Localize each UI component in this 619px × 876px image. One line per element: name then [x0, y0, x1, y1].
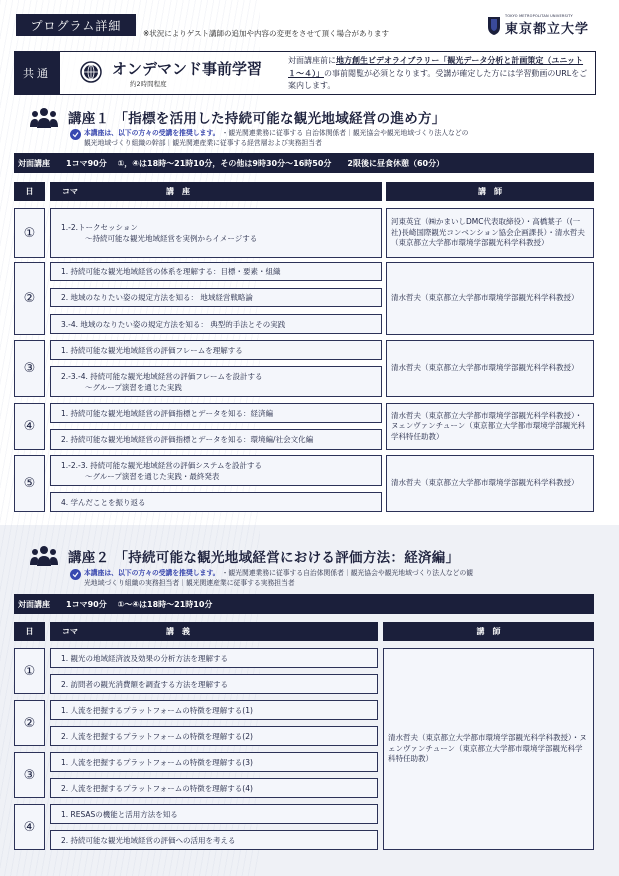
th-koma-label: コマ — [62, 626, 78, 637]
c1-d2-teacher: 清水哲夫（東京都立大学都市環境学部観光科学科教授） — [386, 262, 594, 335]
shield-icon — [487, 16, 501, 36]
program-detail-label: プログラム詳細 — [16, 14, 136, 36]
c1-day-3: ③ — [14, 340, 45, 397]
c1-day-4: ④ — [14, 403, 45, 450]
c2-d1-lecture-2: 2. 訪問者の観光消費額を調査する方法を理解する — [50, 674, 378, 694]
c1-d1-lecture-1: 1.-2.トークセッション～持続可能な観光地域経営を実例からイメージする — [50, 208, 382, 258]
course1-schedule-bar: 対面講座 1コマ90分 ①，④は18時～21時10分，その他は9時30分～16時… — [14, 153, 594, 173]
c1-d1-teacher: 河東英宜（㈱かまいしDMC代表取締役）・高橋葉子（(一社)長崎国際観光コンベンシ… — [386, 208, 594, 258]
c2-day-4: ④ — [14, 804, 45, 850]
course1-title: 講座１ 「指標を活用した持続可能な観光地域経営の進め方」 — [68, 107, 446, 127]
course2-schedule-bar: 対面講座 1コマ90分 ①～④は18時～21時10分 — [14, 594, 594, 614]
lecture-line1: 2.-3.-4. 持続可能な観光地域経営の評価フレームを設計する — [61, 372, 262, 381]
th-day: 日 — [14, 182, 45, 201]
rec-text-1: ・観光関連業務に従事する自治体関係者｜観光協会や観光地域づくり法人などの観 — [222, 569, 473, 577]
c2-day-1: ① — [14, 648, 45, 694]
th-day: 日 — [14, 622, 45, 641]
rec-lead: 本講座は、以下の方々の受講を推奨します。 — [84, 569, 219, 577]
c1-d4-lecture-2: 2. 持続可能な観光地域経営の評価指標とデータを知る：環境編/社会文化編 — [50, 429, 382, 450]
c2-teacher: 清水哲夫（東京都立大学都市環境学部観光科学科教授）・ヌェンヴァンチューン（東京都… — [383, 648, 594, 850]
desc-pre: 対面講座前に — [288, 56, 336, 65]
c1-day-1: ① — [14, 208, 45, 258]
c2-d3-lecture-1: 1. 人流を把握するプラットフォームの特徴を理解する(3) — [50, 752, 378, 772]
ondemand-title: オンデマンド事前学習 — [112, 58, 262, 79]
th-lecture-label: 講 義 — [166, 626, 190, 637]
th-koma: コマ 講 義 — [50, 622, 378, 641]
c1-d5-teacher: 清水哲夫（東京都立大学都市環境学部観光科学科教授） — [386, 455, 594, 512]
university-logo: TOKYO METROPOLITAN UNIVERSITY 東京都立大学 — [487, 14, 589, 37]
c1-d3-teacher: 清水哲夫（東京都立大学都市環境学部観光科学科教授） — [386, 340, 594, 397]
lecture-line1: 1.-2.トークセッション — [61, 223, 138, 232]
rec-text-1: ・観光関連業務に従事する 自治体関係者｜観光協会や観光地域づくり法人などの — [222, 129, 469, 137]
course2-recommendation: 本講座は、以下の方々の受講を推奨します。 ・観光関連業務に従事する自治体関係者｜… — [84, 568, 594, 588]
c1-day-2: ② — [14, 262, 45, 335]
rec-text-2: 観光地域づくり組織の幹部｜観光関連産業に従事する経営層および実務担当者 — [84, 139, 322, 147]
c2-d4-lecture-2: 2. 持続可能な観光地域経営の評価への活用を考える — [50, 830, 378, 850]
course1-recommendation: 本講座は、以下の方々の受講を推奨します。 ・観光関連業務に従事する 自治体関係者… — [84, 128, 594, 148]
check-icon — [70, 129, 81, 140]
c2-d2-lecture-1: 1. 人流を把握するプラットフォームの特徴を理解する(1) — [50, 700, 378, 720]
c2-d1-lecture-1: 1. 観光の地域経済波及効果の分析方法を理解する — [50, 648, 378, 668]
c1-d3-lecture-2: 2.-3.-4. 持続可能な観光地域経営の評価フレームを設計する～グループ演習を… — [50, 366, 382, 397]
common-tag: 共通 — [14, 51, 60, 95]
th-teacher: 講 師 — [383, 622, 594, 641]
c1-d3-lecture-1: 1. 持続可能な観光地域経営の評価フレームを理解する — [50, 340, 382, 360]
c2-d3-lecture-2: 2. 人流を把握するプラットフォームの特徴を理解する(4) — [50, 778, 378, 798]
c2-day-2: ② — [14, 700, 45, 746]
change-note: ※状況によりゲスト講師の追加や内容の変更をさせて頂く場合があります — [143, 28, 389, 39]
rec-lead: 本講座は、以下の方々の受講を推奨します。 — [84, 129, 219, 137]
check-icon — [70, 569, 81, 580]
people-group-icon — [30, 545, 58, 567]
c1-d4-teacher: 清水哲夫（東京都立大学都市環境学部観光科学科教授）・ヌェンヴァンチューン（東京都… — [386, 403, 594, 450]
c2-d2-lecture-2: 2. 人流を把握するプラットフォームの特徴を理解する(2) — [50, 726, 378, 746]
program-page: プログラム詳細 ※状況によりゲスト講師の追加や内容の変更をさせて頂く場合がありま… — [0, 0, 619, 876]
c1-d5-lecture-1: 1.-2.-3. 持続可能な観光地域経営の評価システムを設計する～グループ演習を… — [50, 455, 382, 486]
people-group-icon — [30, 107, 58, 129]
th-koma: コマ 講 座 — [50, 182, 382, 201]
globe-icon — [80, 61, 102, 83]
lecture-line2: ～持続可能な観光地域経営を実例からイメージする — [61, 233, 257, 244]
logo-japanese: 東京都立大学 — [505, 18, 589, 37]
c1-d2-lecture-3: 3.-4. 地域のなりたい姿の規定方法を知る： 典型的手法とその実践 — [50, 314, 382, 334]
c1-day-5: ⑤ — [14, 455, 45, 512]
th-lecture-label: 講 座 — [166, 186, 190, 197]
th-koma-label: コマ — [62, 186, 78, 197]
desc-post: の事前閲覧が必須となります。受講が確定した方には学習動画のURLをご案内します。 — [288, 69, 587, 91]
lecture-line2: ～グループ演習を通じた実践 — [61, 382, 262, 393]
c2-d4-lecture-1: 1. RESASの機能と活用方法を知る — [50, 804, 378, 824]
th-teacher: 講 師 — [386, 182, 594, 201]
c1-d4-lecture-1: 1. 持続可能な観光地域経営の評価指標とデータを知る：経済編 — [50, 403, 382, 423]
c1-d2-lecture-1: 1. 持続可能な観光地域経営の体系を理解する：目標・要素・組織 — [50, 262, 382, 281]
c2-day-3: ③ — [14, 752, 45, 798]
ondemand-duration: 約2時間程度 — [130, 79, 167, 88]
lecture-line2: ～グループ演習を通じた実践・最終発表 — [61, 471, 262, 482]
course2-title: 講座２ 「持続可能な観光地域経営における評価方法：経済編」 — [68, 546, 459, 566]
rec-text-2: 光地域づくり組織の実務担当者｜観光関連産業に従事する実務担当者 — [84, 579, 295, 587]
lecture-line1: 1.-2.-3. 持続可能な観光地域経営の評価システムを設計する — [61, 461, 262, 470]
ondemand-description: 対面講座前に地方創生ビデオライブラリー「観光データ分析と計画策定（ユニット１～４… — [288, 55, 588, 93]
c1-d5-lecture-2: 4. 学んだことを振り返る — [50, 492, 382, 512]
c1-d2-lecture-2: 2. 地域のなりたい姿の規定方法を知る： 地域経営戦略論 — [50, 288, 382, 307]
